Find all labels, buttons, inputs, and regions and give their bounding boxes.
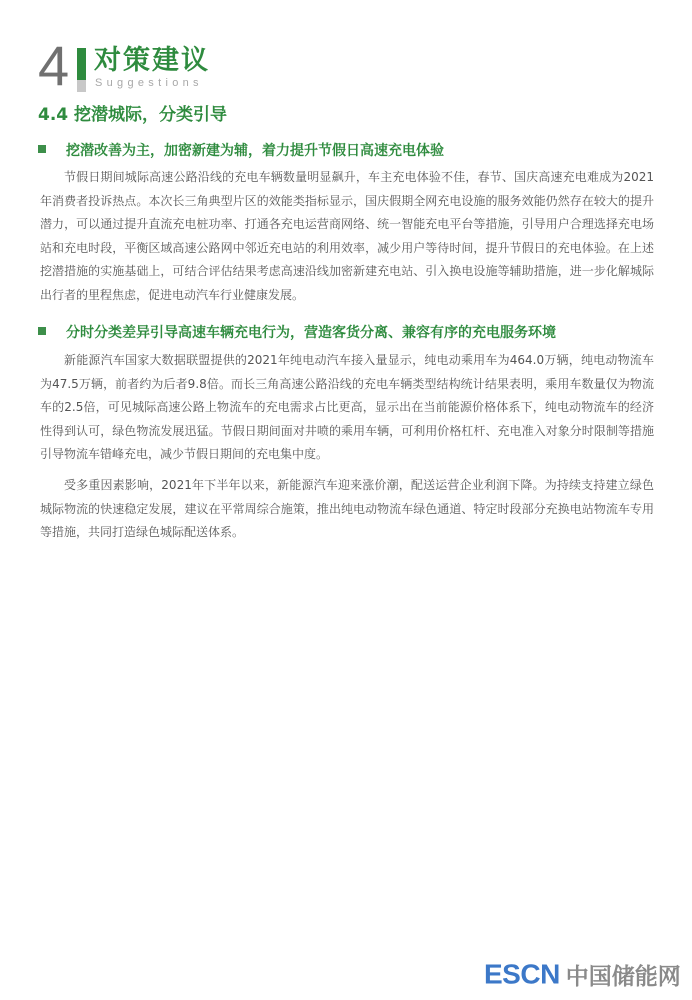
paragraph: 新能源汽车国家大数据联盟提供的2021年纯电动汽车接入量显示，纯电动乘用车为46… <box>40 349 654 467</box>
subsection-heading: 挖潜改善为主，加密新建为辅，着力提升节假日高速充电体验 <box>38 140 444 160</box>
section-title: 4.4 挖潜城际，分类引导 <box>38 100 227 125</box>
paragraph: 受多重因素影响，2021年下半年以来，新能源汽车迎来涨价潮，配送运营企业利润下降… <box>40 474 654 545</box>
subsection-heading: 分时分类差异引导高速车辆充电行为，营造客货分离、兼容有序的充电服务环境 <box>38 322 556 342</box>
chapter-title: 对策建议 <box>94 46 210 76</box>
chapter-number: 4 <box>38 38 67 94</box>
subsection-heading-text: 分时分类差异引导高速车辆充电行为，营造客货分离、兼容有序的充电服务环境 <box>66 325 556 341</box>
paragraph: 节假日期间城际高速公路沿线的充电车辆数量明显飙升，车主充电体验不佳，春节、国庆高… <box>40 166 654 307</box>
logo-latin: ESCN <box>484 959 560 990</box>
square-bullet-icon <box>38 145 46 153</box>
chapter-accent-bar <box>77 48 86 92</box>
logo-cn: 中国储能网 <box>566 964 681 990</box>
chapter-header: 4 对策建议 Suggestions <box>38 44 278 94</box>
chapter-subtitle: Suggestions <box>95 77 203 89</box>
accent-bar-fill <box>77 48 86 80</box>
footer-logo: ESCN中国储能网 <box>484 958 681 994</box>
square-bullet-icon <box>38 327 46 335</box>
subsection-heading-text: 挖潜改善为主，加密新建为辅，着力提升节假日高速充电体验 <box>66 143 444 159</box>
